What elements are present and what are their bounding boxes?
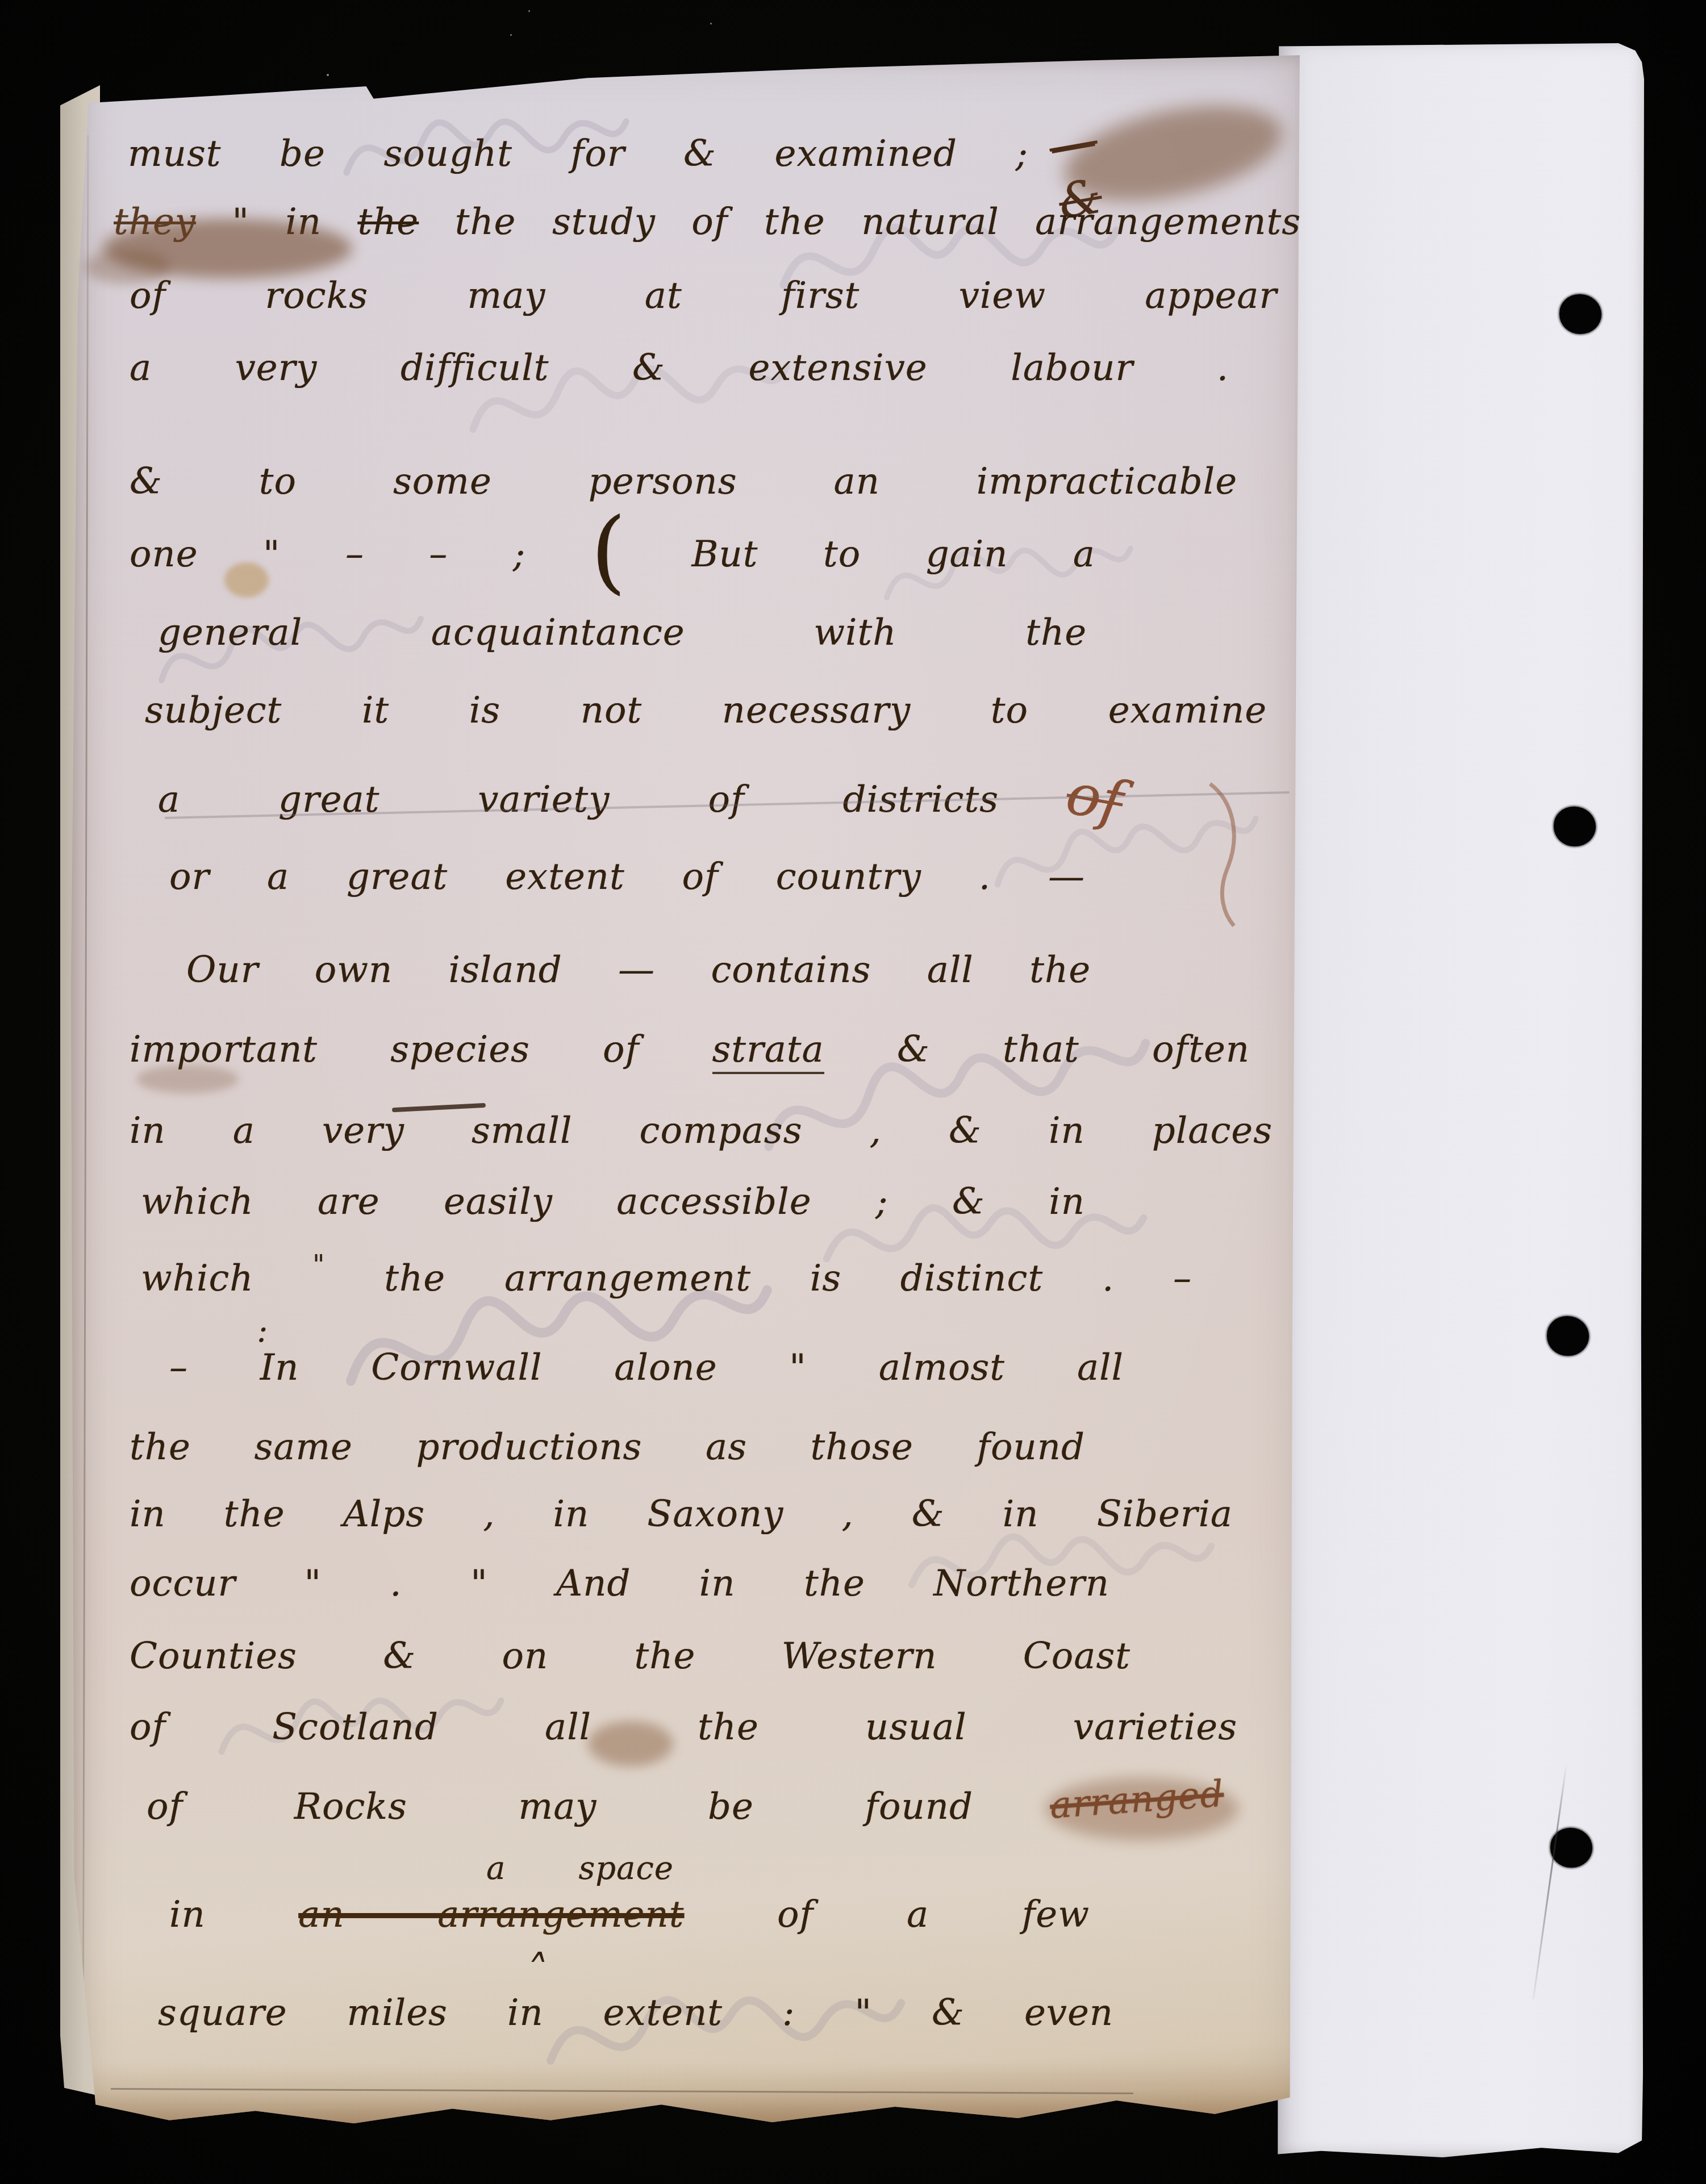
manuscript-line: one " – – ; ( But to gain a (130, 534, 1095, 576)
inserted-text: a space (486, 1850, 674, 1887)
underlined-text: strata (712, 1029, 824, 1074)
manuscript-text: subject it is not necessary to examine (145, 690, 1267, 732)
manuscript-text: which are easily accessible ; & in (141, 1181, 1085, 1223)
manuscript-text: occur " . " And in the Northern (130, 1563, 1109, 1605)
manuscript-line: general acquaintance with the (158, 612, 1087, 654)
manuscript-line: Counties & on the Western Coast (130, 1636, 1131, 1678)
manuscript-text: square miles in extent : " & even (158, 1992, 1113, 2034)
manuscript-text: " in (232, 201, 322, 243)
manuscript-text: general acquaintance with the (158, 612, 1087, 654)
punch-hole (1559, 294, 1601, 334)
manuscript-text: – In Cornwall alone " almost all (169, 1347, 1124, 1389)
manuscript-line: square miles in extent : " & even (158, 1993, 1113, 2035)
manuscript-text: the study of the natural arrangements (455, 201, 1301, 243)
manuscript-text: important species of (130, 1029, 639, 1071)
manuscript-text: or a great extent of country . — (169, 856, 1085, 898)
dust-speck (510, 34, 512, 36)
colon-mark: : (257, 1311, 268, 1350)
manuscript-text: must be sought for & examined ; (128, 133, 1028, 175)
inserted-quote-mark: " (312, 1249, 325, 1280)
manuscript-line: or a great extent of country . — (169, 857, 1085, 899)
manuscript-line: the same productions as those found (130, 1427, 1085, 1469)
manuscript-text: which (141, 1258, 254, 1300)
scratch-line (1533, 1763, 1567, 1999)
manuscript-text: in the Alps , in Saxony , & in Siberia (130, 1493, 1233, 1535)
manuscript-text: & to some persons an impracticable (130, 461, 1237, 503)
manuscript-line: occur " . " And in the Northern (130, 1563, 1109, 1605)
punch-hole (1554, 807, 1596, 846)
parenthesis-mark: ( (591, 498, 627, 604)
manuscript-text: Our own island — contains all the (186, 949, 1091, 991)
manuscript-line: in a very small compass , & in places (130, 1110, 1273, 1152)
manuscript-line: subject it is not necessary to examine (145, 690, 1267, 732)
manuscript-text: one " – – ; (130, 533, 525, 575)
manuscript-line: which " the arrangement is distinct . – (141, 1250, 1192, 1300)
manuscript-line: in an arrangement of a few (169, 1894, 1090, 1936)
manuscript-text: Counties & on the Western Coast (130, 1635, 1131, 1677)
manuscript-text: the same productions as those found (130, 1426, 1085, 1468)
manuscript-line: Our own island — contains all the (186, 950, 1091, 992)
backing-sheet: s (1277, 43, 1644, 2157)
manuscript-line: important species of strata & that often (130, 1029, 1250, 1071)
manuscript-text: of a few (777, 1894, 1090, 1936)
struck-text: the (357, 201, 419, 243)
manuscript-line: of Scotland all the usual varieties (130, 1707, 1237, 1749)
manuscript-text: the arrangement is distinct . – (384, 1258, 1192, 1300)
dust-speck (327, 74, 329, 76)
manuscript-text: & that often (897, 1029, 1250, 1071)
struck-text: an arrangement (298, 1894, 684, 1936)
manuscript-text: in (169, 1894, 206, 1936)
manuscript-line: they " in the the study of the natural a… (114, 202, 1301, 244)
manuscript-line: of rocks may at first view appear (130, 275, 1277, 318)
manuscript-line: in the Alps , in Saxony , & in Siberia (130, 1494, 1233, 1536)
manuscript-line: which are easily accessible ; & in (141, 1181, 1085, 1223)
manuscript-text: in a very small compass , & in places (130, 1110, 1273, 1152)
manuscript-text: of rocks may at first view appear (130, 275, 1277, 317)
manuscript-line: of Rocks may be found arranged (147, 1786, 973, 1828)
manuscript-line: a very difficult & extensive labour . (130, 348, 1229, 390)
manuscript-line: & to some persons an impracticable (130, 461, 1237, 503)
manuscript-line: – In Cornwall alone " almost all (169, 1347, 1124, 1389)
dust-speck (710, 23, 712, 24)
manuscript-line-inserted: a space (486, 1851, 674, 1887)
manuscript-text: of Rocks may be found (147, 1786, 973, 1828)
caret-mark: ˄ (528, 1947, 549, 1996)
dust-speck (528, 10, 530, 12)
punch-hole (1547, 1316, 1589, 1356)
scanned-document-stage: s (0, 0, 1706, 2184)
struck-text: they (114, 201, 196, 243)
manuscript-text: But to gain a (692, 533, 1095, 575)
manuscript-text: of Scotland all the usual varieties (130, 1706, 1237, 1748)
rust-flourish (1210, 784, 1234, 926)
manuscript-text: a very difficult & extensive labour . (130, 347, 1229, 389)
manuscript-line: must be sought for & examined ; — & (128, 133, 1028, 176)
